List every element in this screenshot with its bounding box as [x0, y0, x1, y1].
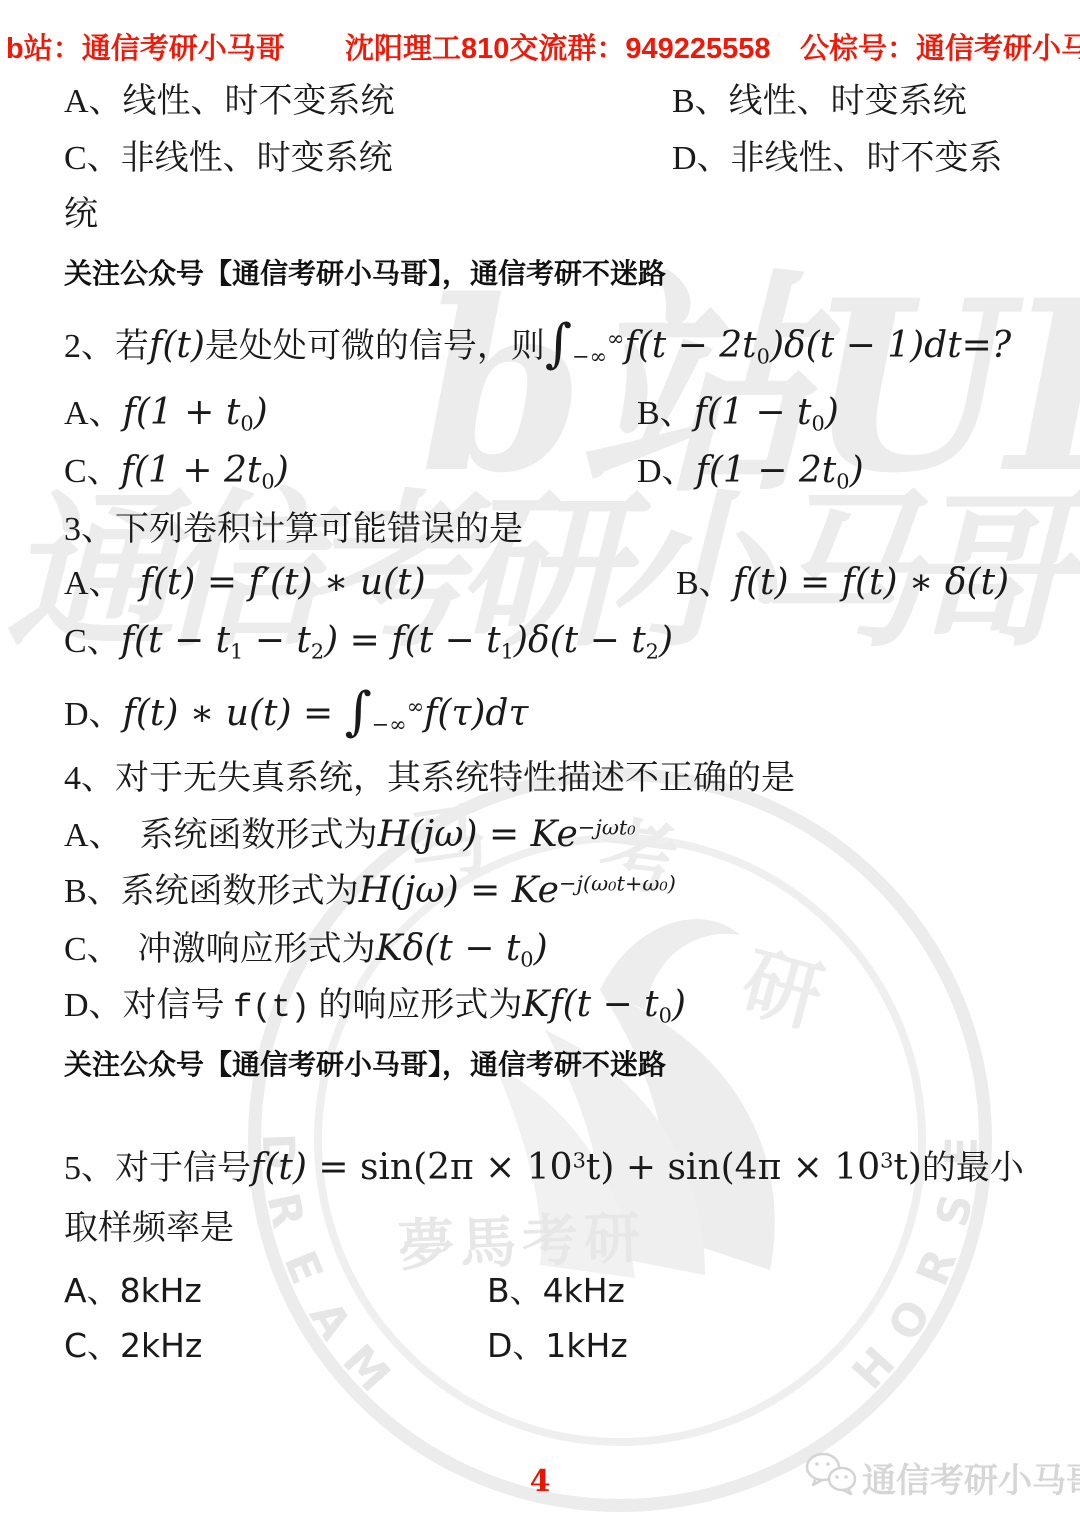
text-run: 4、对于无失真系统，其系统特性描述不正确的是	[64, 760, 795, 797]
q2-option-a: A、f(1 + t0)	[64, 390, 268, 436]
text-run: 统	[64, 196, 98, 233]
q5-stem-line2: 取样频率是	[64, 1207, 234, 1251]
text-run: f(1 + t0)	[123, 392, 268, 433]
q2-option-c: C、f(1 + 2t0)	[64, 448, 289, 494]
q1-option-a: A、线性、时不变系统	[64, 80, 395, 124]
text-run: f(1 + 2t0)	[121, 450, 289, 491]
text-run: D、1kHz	[487, 1326, 628, 1365]
q5-option-b: B、4kHz	[487, 1270, 625, 1313]
text-run: 5、对于信号	[64, 1150, 251, 1187]
text-run: 的响应形式为	[310, 987, 523, 1024]
text-run: B、	[637, 395, 694, 432]
text-run: f(t) = f(t) ∗ δ(t)	[733, 562, 1009, 603]
q5-stem-line1: 5、对于信号f(t) = sin(2π × 103t) + sin(4π × 1…	[64, 1145, 1024, 1191]
text-run: f(t − t1 − t2) = f(t − t1)δ(t − t2)	[121, 620, 673, 661]
text-run: f(t) =	[251, 1147, 360, 1188]
q4-option-c: C、 冲激响应形式为Kδ(t − t0)	[64, 926, 548, 972]
q1-option-d: D、非线性、时不变系	[672, 137, 1003, 181]
text-run: A、	[64, 565, 140, 602]
text-run: f(t) ∗ u(t) = ∫−∞∞f(τ)dτ	[123, 693, 529, 734]
text-run: f(1 − 2t0)	[696, 450, 864, 491]
header-bilibili-label: b站：通信考研小马哥	[6, 26, 285, 67]
header-wechat-label: 公棕号：通信考研小马哥	[800, 26, 1080, 67]
text-run: 取样频率是	[64, 1210, 234, 1247]
text-run: f(t)	[233, 989, 310, 1026]
text-run: 的最小	[922, 1150, 1024, 1187]
exam-page: b站UP 通信考研小马哥 马 考 研 夢馬考研 DREAMHORSE b站：通信…	[0, 0, 1080, 1527]
footer-brand-text: 通信考研小马哥	[862, 1453, 1080, 1502]
text-run: 3、下列卷积计算可能错误的是	[64, 511, 523, 548]
text-run: B、系统函数形式为	[64, 873, 359, 910]
text-run: A、8kHz	[64, 1271, 202, 1310]
text-run: B、	[676, 565, 733, 602]
text-run: D、	[64, 696, 123, 733]
q4-stem: 4、对于无失真系统，其系统特性描述不正确的是	[64, 757, 795, 801]
q4-option-a: A、 系统函数形式为H(jω) = Ke−jωt₀	[64, 812, 636, 858]
wechat-icon	[804, 1450, 858, 1496]
text-run: f(t) = f′(t) ∗ u(t)	[140, 562, 426, 603]
content-layer: b站：通信考研小马哥 沈阳理工810交流群：949225558 公棕号：通信考研…	[0, 0, 1080, 1527]
q2-option-d: D、f(1 − 2t0)	[637, 448, 864, 494]
text-run: C、	[64, 623, 121, 660]
text-run: B、4kHz	[487, 1271, 625, 1310]
q1-option-d-continuation: 统	[64, 193, 98, 237]
q3-option-a: A、 f(t) = f′(t) ∗ u(t)	[64, 560, 426, 606]
q1-option-b: B、线性、时变系统	[672, 80, 967, 124]
q5-option-d: D、1kHz	[487, 1325, 628, 1368]
header-qq-group-label: 沈阳理工810交流群：949225558	[345, 26, 771, 67]
q5-option-a: A、8kHz	[64, 1270, 202, 1313]
text-run: A、线性、时不变系统	[64, 83, 395, 120]
text-run: B、线性、时变系统	[672, 83, 967, 120]
text-run: f(1 − t0)	[694, 392, 839, 433]
text-run: D、	[637, 453, 696, 490]
q2-option-b: B、f(1 − t0)	[637, 390, 839, 436]
q2-stem: 2、若f(t)是处处可微的信号，则∫−∞∞f(t − 2t0)δ(t − 1)d…	[64, 312, 1011, 377]
text-run: sin(2π × 103t) + sin(4π × 103t)	[360, 1147, 922, 1188]
follow-note: 关注公众号【通信考研小马哥】，通信考研不迷路	[64, 252, 666, 292]
text-run: Kf(t − t0)	[522, 984, 686, 1025]
text-run: A、	[64, 395, 123, 432]
q3-option-d: D、f(t) ∗ u(t) = ∫−∞∞f(τ)dτ	[64, 680, 528, 745]
q3-stem: 3、下列卷积计算可能错误的是	[64, 508, 523, 552]
text-run: D、对信号	[64, 987, 233, 1024]
q3-option-b: B、f(t) = f(t) ∗ δ(t)	[676, 560, 1009, 606]
text-run: C、 冲激响应形式为	[64, 931, 376, 968]
q4-option-b: B、系统函数形式为H(jω) = Ke−j(ω₀t+ω₀)	[64, 868, 676, 914]
q5-option-c: C、2kHz	[64, 1325, 202, 1368]
text-run: ∫−∞∞f(t − 2t0)δ(t − 1)dt=?	[545, 325, 1011, 366]
q3-option-c: C、f(t − t1 − t2) = f(t − t1)δ(t − t2)	[64, 618, 673, 664]
text-run: Kδ(t − t0)	[376, 928, 548, 969]
text-run: C、非线性、时变系统	[64, 140, 393, 177]
text-run: 是处处可微的信号，则	[205, 328, 545, 365]
text-run: A、 系统函数形式为	[64, 817, 378, 854]
follow-note: 关注公众号【通信考研小马哥】，通信考研不迷路	[64, 1043, 666, 1083]
q1-option-c: C、非线性、时变系统	[64, 137, 393, 181]
q4-option-d: D、对信号 f(t) 的响应形式为Kf(t − t0)	[64, 982, 686, 1028]
text-run: 2、若	[64, 328, 149, 365]
text-run: f(t)	[149, 325, 205, 366]
text-run: D、非线性、时不变系	[672, 140, 1003, 177]
text-run: H(jω) = Ke−jωt₀	[378, 814, 636, 855]
text-run: H(jω) = Ke−j(ω₀t+ω₀)	[359, 870, 676, 911]
text-run: C、2kHz	[64, 1326, 202, 1365]
text-run: C、	[64, 453, 121, 490]
